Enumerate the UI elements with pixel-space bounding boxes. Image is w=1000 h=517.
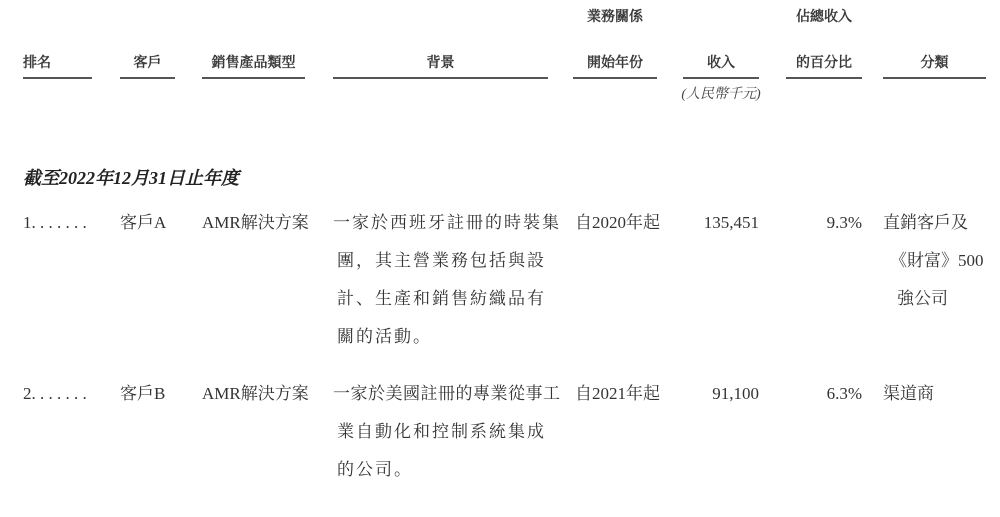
row-background-line: 計、生產和銷售紡織品有 — [337, 283, 546, 314]
row-background-line: 一家於美國註冊的專業從事工 — [333, 378, 561, 409]
row-share: 6.3% — [786, 378, 862, 409]
header-rank: 排名 — [23, 50, 53, 74]
header-rule-share — [786, 77, 862, 79]
row-category-line: 強公司 — [897, 283, 948, 314]
row-background-line: 一家於西班牙註冊的時裝集 — [333, 207, 561, 238]
header-rule-category — [883, 77, 986, 79]
header-rule-rank — [23, 77, 92, 79]
row-background-line: 的公司。 — [337, 454, 413, 485]
header-relationship-line1: 業務關係 — [573, 4, 657, 28]
row-share: 9.3% — [786, 207, 862, 238]
row-background-line: 關的活動。 — [337, 321, 432, 352]
row-relationship-start: 自2021年起 — [575, 378, 660, 409]
row-revenue: 91,100 — [683, 378, 759, 409]
section-title: 截至2022年12月31日止年度 — [23, 164, 239, 190]
header-revenue: 收入 — [683, 50, 759, 74]
row-revenue: 135,451 — [683, 207, 759, 238]
row-rank: 2. . . . . . . — [23, 378, 87, 409]
header-share-line2: 的百分比 — [786, 50, 862, 74]
header-rule-customer — [120, 77, 175, 79]
row-background-line: 業自動化和控制系統集成 — [337, 416, 546, 447]
header-background: 背景 — [333, 50, 548, 74]
header-customer: 客戶 — [120, 50, 175, 74]
row-product-type: AMR解決方案 — [202, 378, 309, 409]
header-product-type: 銷售產品類型 — [202, 50, 305, 74]
row-product-type: AMR解決方案 — [202, 207, 309, 238]
header-rule-product-type — [202, 77, 305, 79]
row-category-line: 直銷客戶及 — [883, 207, 968, 238]
row-category-line: 渠道商 — [883, 378, 934, 409]
row-category-line: 《財富》500 — [890, 245, 984, 276]
row-customer: 客戶B — [120, 378, 165, 409]
header-share-line1: 佔總收入 — [786, 4, 862, 28]
header-relationship-line2: 開始年份 — [573, 50, 657, 74]
row-relationship-start: 自2020年起 — [575, 207, 660, 238]
row-customer: 客戶A — [120, 207, 166, 238]
row-background-line: 團，其主營業務包括與設 — [337, 245, 546, 276]
header-rule-relationship — [573, 77, 657, 79]
header-rule-revenue — [683, 77, 759, 79]
revenue-unit-label: (人民幣千元) — [678, 84, 764, 106]
header-rule-background — [333, 77, 548, 79]
row-rank: 1. . . . . . . — [23, 207, 87, 238]
header-category: 分類 — [883, 50, 986, 74]
